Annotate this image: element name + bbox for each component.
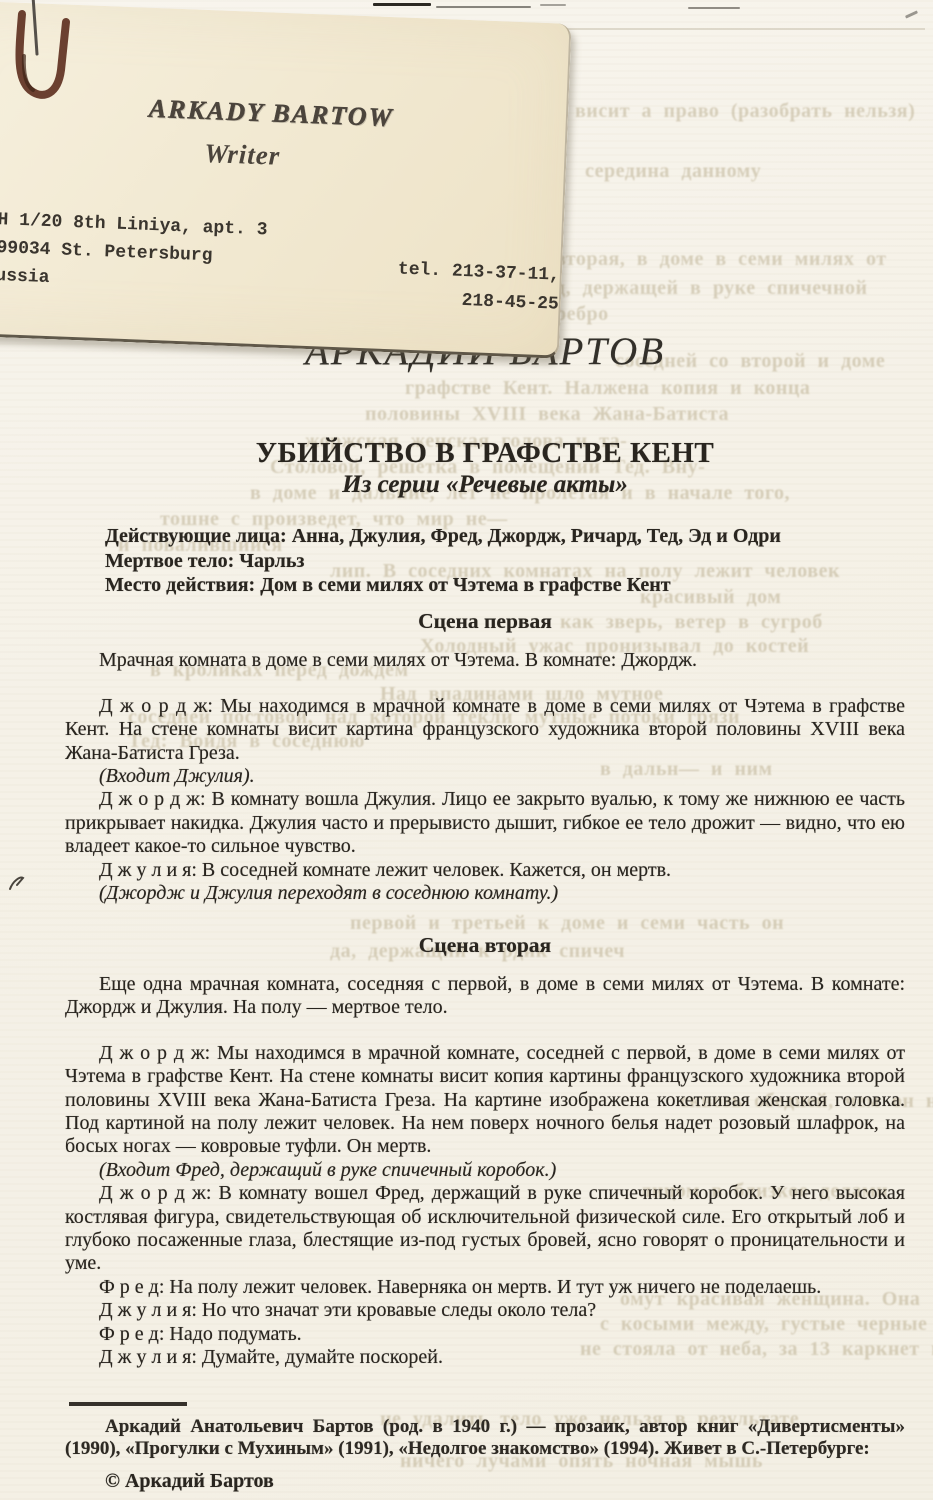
paper-clip-icon (0, 0, 90, 116)
dialogue-line: Д ж о р д ж: В комнату вошла Джулия. Лиц… (65, 788, 905, 858)
bleedthrough-text: половины XVIII века Жана-Батиста (365, 403, 729, 425)
scan-edge-mark (688, 7, 740, 9)
cast-line: Место действия: Дом в семи милях от Чэте… (105, 573, 895, 598)
stage-direction: (Входит Джулия). (65, 765, 905, 788)
card-phone-line: 218-45-25 (388, 284, 559, 320)
footnote-rule (69, 1402, 187, 1406)
scene-heading: Сцена вторая (65, 934, 905, 957)
bleedthrough-text: ребро (555, 303, 609, 325)
scan-edge-mark (436, 6, 531, 8)
dialogue-line: Ф р е д: Надо подумать. (65, 1323, 905, 1346)
footnote-block: Аркадий Анатольевич Бартов (род. в 1940 … (65, 1402, 905, 1492)
bleedthrough-text: висит а право (разобрать нельзя) (575, 100, 915, 122)
cast-line: Действующие лица: Анна, Джулия, Фред, Дж… (105, 524, 895, 549)
page-title: УБИЙСТВО В ГРАФСТВЕ КЕНТ (65, 437, 905, 470)
bleedthrough-text: графстве Кент. Налжена копия и конца (405, 377, 810, 399)
author-bio-footnote: Аркадий Анатольевич Бартов (род. в 1940 … (65, 1416, 905, 1460)
margin-pen-mark (8, 872, 26, 894)
doc-subtitle: Из серии «Речевые акты» (65, 471, 905, 499)
dialogue-line: Ф р е д: На полу лежит человек. Наверняк… (65, 1276, 905, 1299)
card-name: ARKADY BARTOW (148, 94, 394, 133)
stage-direction: (Входит Фред, держащий в руке спичечный … (65, 1159, 905, 1182)
card-title: Writer (204, 138, 281, 172)
scan-edge-mark (540, 4, 566, 6)
dialogue-line: Д ж о р д ж: В комнату вошел Фред, держа… (65, 1182, 905, 1276)
scan-edge-mark (373, 3, 431, 6)
dialogue-line: Д ж у л и я: В соседней комнате лежит че… (65, 859, 905, 882)
stage-setting: Мрачная комната в доме в семи милях от Ч… (65, 649, 905, 672)
cast-list: Действующие лица: Анна, Джулия, Фред, Дж… (105, 524, 895, 598)
dialogue-line: Д ж о р д ж: Мы находимся в мрачной комн… (65, 1042, 905, 1159)
stage-setting: Еще одна мрачная комната, соседняя с пер… (65, 973, 905, 1020)
bleedthrough-text: середина данному (585, 160, 761, 182)
bleedthrough-text: вторая, в доме в семи милях от (555, 248, 887, 270)
scanned-page: висит а право (разобрать нельзя)середина… (0, 0, 933, 1500)
dialogue-line: Д ж у л и я: Но что значат эти кровавые … (65, 1299, 905, 1322)
bleedthrough-text: д, держащей в руке спичечной (555, 277, 868, 299)
stage-direction: (Джордж и Джулия переходят в соседнюю ко… (65, 882, 905, 905)
scene-heading: Сцена первая (65, 610, 905, 633)
cast-line: Мертвое тело: Чарльз (105, 549, 895, 574)
copyright-line: © Аркадий Бартов (105, 1470, 905, 1492)
play-text: Сцена первая Мрачная комната в доме в се… (65, 610, 905, 1369)
dialogue-line: Д ж о р д ж: Мы находимся в мрачной комн… (65, 695, 905, 765)
card-phone: tel. 213-37-11, 218-45-25 (388, 255, 560, 319)
dialogue-line: Д ж у л и я: Думайте, думайте поскорей. (65, 1346, 905, 1369)
card-address: H 1/20 8th Liniya, apt. 3 99034 St. Pete… (0, 206, 268, 300)
